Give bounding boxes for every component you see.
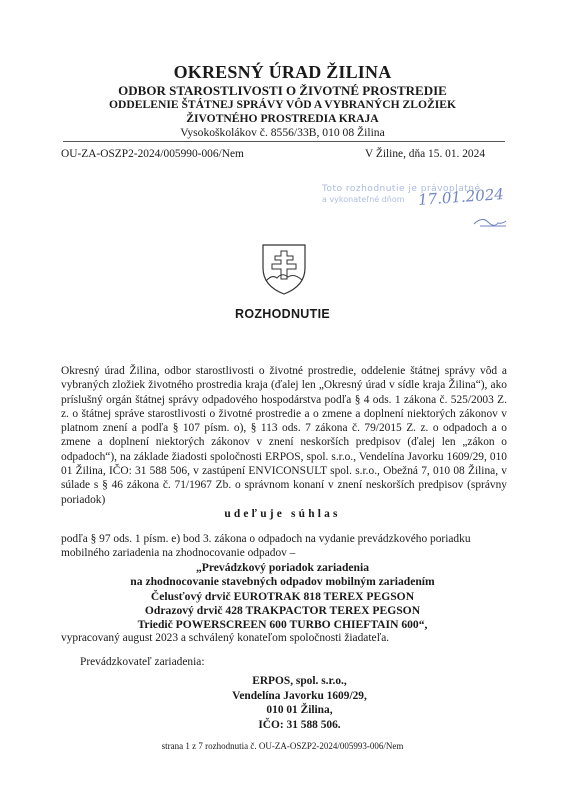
- office-address: Vysokoškolákov č. 8556/33B, 010 08 Žilin…: [0, 126, 565, 139]
- header-divider: [63, 141, 505, 142]
- grant-heading: udeľuje súhlas: [0, 508, 565, 520]
- operating-rules-line: Odrazový drvič 428 TRAKPACTOR TEREX PEGS…: [0, 604, 565, 618]
- operating-rules-line: „Prevádzkový poriadok zariadenia: [0, 561, 565, 575]
- page-footer: strana 1 z 7 rozhodnutia č. OU-ZA-OSZP2-…: [0, 741, 565, 751]
- operating-rules-line: Triedič POWERSCREEN 600 TURBO CHIEFTAIN …: [0, 618, 565, 632]
- document-title: ROZHODNUTIE: [0, 307, 565, 321]
- section-name-line2: ŽIVOTNÉHO PROSTREDIA KRAJA: [0, 112, 565, 125]
- grant-paragraph: podľa § 97 ods. 1 písm. e) bod 3. zákona…: [61, 532, 507, 561]
- operating-rules-title: „Prevádzkový poriadok zariadenia na zhod…: [0, 561, 565, 632]
- slovak-coat-of-arms-icon: [258, 242, 310, 296]
- office-title: OKRESNÝ ÚRAD ŽILINA: [0, 62, 565, 83]
- operator-line: ERPOS, spol. s.r.o.,: [34, 674, 565, 689]
- operating-rules-line: Čelusťový drvič EUROTRAK 818 TEREX PEGSO…: [0, 590, 565, 604]
- signature-icon: [472, 214, 508, 228]
- after-rules-text: vypracovaný august 2023 a schválený kona…: [61, 632, 389, 644]
- section-name-line1: ODDELENIE ŠTÁTNEJ SPRÁVY VÔD A VYBRANÝCH…: [0, 98, 565, 111]
- operator-label: Prevádzkovateľ zariadenia:: [80, 656, 204, 668]
- operator-details: ERPOS, spol. s.r.o., Vendelína Javorku 1…: [0, 674, 565, 732]
- reference-number: OU-ZA-OSZP2-2024/005990-006/Nem: [61, 148, 244, 160]
- operator-line: 010 01 Žilina,: [34, 703, 565, 718]
- validity-stamp: Toto rozhodnutie je právoplatné a vykona…: [322, 184, 532, 234]
- place-date: V Žiline, dňa 15. 01. 2024: [365, 148, 485, 160]
- intro-paragraph: Okresný úrad Žilina, odbor starostlivost…: [61, 364, 507, 507]
- department-name: ODBOR STAROSTLIVOSTI O ŽIVOTNÉ PROSTREDI…: [0, 83, 565, 99]
- operating-rules-line: na zhodnocovanie stavebných odpadov mobi…: [0, 575, 565, 589]
- stamp-line2: a vykonateľné dňom: [322, 195, 405, 204]
- operator-line: IČO: 31 588 506.: [34, 718, 565, 733]
- operator-line: Vendelína Javorku 1609/29,: [34, 689, 565, 704]
